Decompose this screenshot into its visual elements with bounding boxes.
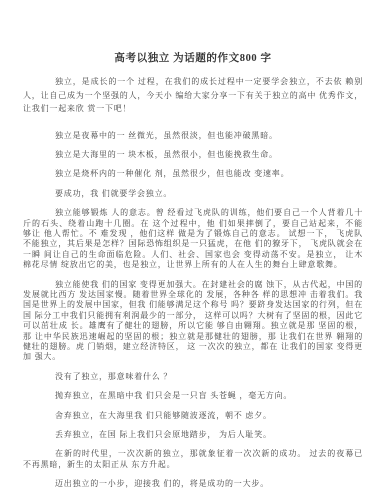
essay-paragraph: 迈出独立的一小步，迎接我 们的，将是成功的一大步。 [23,479,363,489]
essay-paragraph: 抛弃独立，在黑暗中我 们只会是一只盲 头苍蝇 ，毫无方向。 [23,391,363,401]
essay-paragraph: 舍弃独立，在大海里我 们只能够随波逐流，朝不 虑夕。 [23,411,363,421]
essay-paragraph: 独立是大海里的一 块木板，虽然很小，但也能挽救生命。 [23,150,363,160]
essay-title: 高考以独立 为话题的作文800 字 [23,52,363,65]
essay-paragraph: 独立是烧杯内的一种催化 剂，虽然很少，但也能改 变速率。 [23,169,363,179]
document-page: 高考以独立 为话题的作文800 字 独立，是成长的一个 过程，在我们的成长过程中… [0,0,386,500]
essay-paragraph: 没有了独立，那意味着什么 ？ [23,372,363,382]
essay-paragraph: 丢弃独立，在国 际上我们只会原地踏步， 为后人耻笑。 [23,430,363,440]
essay-paragraph: 独立是夜幕中的一 丝微光，虽然很淡，但也能冲破黑暗。 [23,131,363,141]
essay-paragraph: 独立能够锻炼 人的意志。曾 经看过飞虎队的训练，他们要自己一个人背着几十斤的石头… [23,208,363,270]
essay-paragraph: 要成功，我 们就要学会独立。 [23,189,363,199]
essay-paragraph: 在新的时代里，一次次新的独立，那就象征着一次次新的成功。 过去的夜幕已不再黑暗，… [23,449,363,470]
essay-paragraph: 独立能使我 们的国家 变得更加强大。在封建社会的腐 蚀下，从古代起，中国的 发展… [23,280,363,363]
essay-intro-paragraph: 独立，是成长的一个 过程，在我们的成长过程中一定要学会独立，不去依 赖别人，让自… [23,75,363,116]
